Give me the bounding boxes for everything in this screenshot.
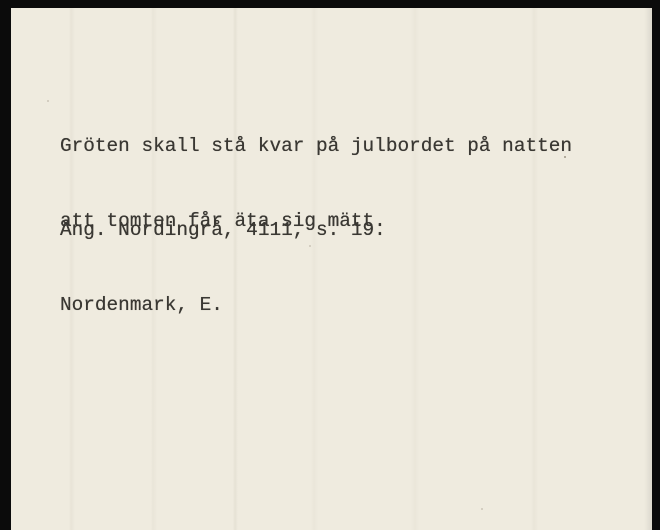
paper-speck <box>194 224 196 226</box>
paper-speck <box>309 245 311 247</box>
source-location-line: Ång. Nordingrå, 4111, s. 19. <box>60 218 386 243</box>
paper-speck <box>47 100 49 102</box>
source-collector-line: Nordenmark, E. <box>60 293 386 318</box>
paper-speck <box>481 508 483 510</box>
index-card: Gröten skall stå kvar på julbordet på na… <box>11 8 652 530</box>
body-line-1: Gröten skall stå kvar på julbordet på na… <box>60 134 572 159</box>
paper-speck <box>564 156 566 158</box>
scanned-archive-card: Gröten skall stå kvar på julbordet på na… <box>0 0 660 530</box>
card-source-reference: Ång. Nordingrå, 4111, s. 19. Nordenmark,… <box>60 168 386 368</box>
